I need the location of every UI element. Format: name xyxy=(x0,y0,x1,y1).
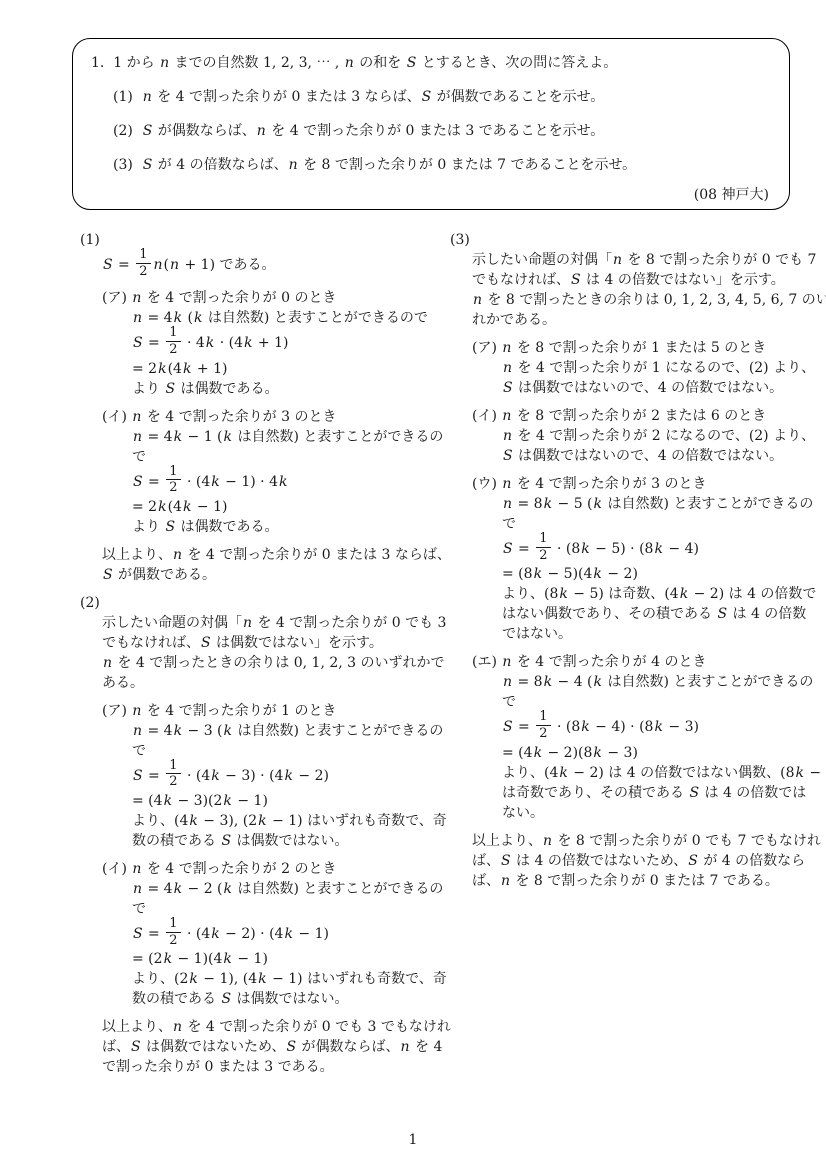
math-variable: n xyxy=(131,290,142,306)
math-expression: n = 8k − 4 xyxy=(502,674,583,690)
solution-line: より、(4k − 3), (2k − 1) はいずれも奇数で、奇 xyxy=(80,811,428,831)
solution-line: は奇数であり、その積である S は 4 の倍数では xyxy=(450,783,798,803)
math-expression: n xyxy=(256,123,267,139)
math-expression: S xyxy=(164,381,176,397)
solution-line: S = 12 · (4k − 3) · (4k − 2) xyxy=(80,761,428,791)
math-expression: = (4k − 3)(2k − 1) xyxy=(132,793,268,809)
math-expression: S xyxy=(716,606,728,622)
math-expression: n xyxy=(501,408,512,424)
solution-line: (ア) n を 4 で割った余りが 0 のとき xyxy=(80,288,428,308)
math-variable: n xyxy=(501,408,512,424)
solution-line: (エ) n を 4 で割った余りが 4 のとき xyxy=(450,652,798,672)
solution-line: (2) xyxy=(80,593,428,613)
math-variable: k xyxy=(182,499,192,515)
math-variable: S xyxy=(102,567,114,583)
math-variable: n xyxy=(169,257,180,273)
math-expression: S = 12 · (4k − 3) · (4k − 2) xyxy=(132,768,329,784)
math-variable: n xyxy=(132,723,143,739)
math-variable: n xyxy=(288,157,299,173)
solution-line: より、(4k − 2) は 4 の倍数ではない偶数、(8k − 3) xyxy=(450,763,798,783)
solution-line: S = 12 · (4k − 2) · (4k − 1) xyxy=(80,919,428,949)
solution-line: ば、S は偶数ではないため、S が偶数ならば、n を 4 xyxy=(80,1037,428,1057)
math-expression: n = 8k − 5 xyxy=(502,496,583,512)
math-expression: = (4k − 2)(8k − 3) xyxy=(502,745,638,761)
solution-line: 以上より、n を 4 で割った余りが 0 または 3 ならば、 xyxy=(80,545,428,565)
solution-line: 示したい命題の対偶「n を 4 で割った余りが 0 でも 3 xyxy=(80,613,428,633)
math-variable: k xyxy=(157,499,167,515)
problem-statement: 1. 1 から n までの自然数 1, 2, 3, ⋯ , n の和を S とす… xyxy=(91,53,771,175)
math-expression: S = 12 · 4k · (4k + 1) xyxy=(132,335,288,351)
math-expression: S xyxy=(285,1039,297,1055)
solution-line: でもなければ、S は偶数ではない」を示す。 xyxy=(80,633,428,653)
math-expression: n = 4k − 1 xyxy=(132,429,213,445)
fraction: 12 xyxy=(166,465,180,495)
solution-line: で xyxy=(80,899,428,919)
solution-line: (イ) n を 8 で割った余りが 2 または 6 のとき xyxy=(450,406,798,426)
math-variable: n xyxy=(132,310,143,326)
solution-line: れかである。 xyxy=(450,310,798,330)
solution-line: 数の積である S は偶数ではない。 xyxy=(80,831,428,851)
math-expression: S xyxy=(570,272,582,288)
math-expression: (8k − 3) xyxy=(780,765,826,781)
solution-line: n = 4k − 1 (k は自然数) と表すことができるの xyxy=(80,427,428,447)
problem-line: (1) n を 4 で割った余りが 0 または 3 ならば、S が偶数であること… xyxy=(91,87,771,107)
math-variable: k xyxy=(182,361,192,377)
math-variable: S xyxy=(688,785,700,801)
math-variable: k xyxy=(593,496,603,512)
math-variable: n xyxy=(172,547,183,563)
math-variable: n xyxy=(501,476,512,492)
solution-line: ば、n を 8 で割った余りが 0 または 7 である。 xyxy=(450,871,798,891)
math-expression: n = 4k − 3 xyxy=(132,723,213,739)
solution-line: で xyxy=(80,741,428,761)
math-expression: n xyxy=(502,428,513,444)
math-variable: k xyxy=(653,719,663,735)
math-variable: S xyxy=(502,448,514,464)
math-expression: n = 4k − 2 xyxy=(132,881,213,897)
solution-line: n を 4 で割ったときの余りは 0, 1, 2, 3 のいずれかで xyxy=(80,653,428,673)
math-expression: k xyxy=(193,310,203,326)
math-variable: k xyxy=(210,926,220,942)
math-variable: S xyxy=(220,833,232,849)
math-expression: n xyxy=(502,360,513,376)
math-expression: n xyxy=(159,55,170,71)
math-variable: k xyxy=(193,310,203,326)
math-variable: S xyxy=(687,853,699,869)
math-variable: k xyxy=(173,310,183,326)
math-variable: k xyxy=(283,926,293,942)
math-expression: n xyxy=(142,89,153,105)
solution-line: n = 4k (k は自然数) と表すことができるので xyxy=(80,308,428,328)
solution-line: (ア) n を 4 で割った余りが 1 のとき xyxy=(80,701,428,721)
solution-line: n を 8 で割ったときの余りは 0, 1, 2, 3, 4, 5, 6, 7 … xyxy=(450,290,798,310)
math-expression: (4k − 2) xyxy=(544,765,604,781)
solution-line: (ア) n を 8 で割った余りが 1 または 5 のとき xyxy=(450,338,798,358)
math-variable: k xyxy=(592,745,602,761)
math-expression: n xyxy=(612,252,623,268)
math-variable: k xyxy=(163,951,173,967)
math-variable: n xyxy=(501,654,512,670)
math-variable: k xyxy=(558,586,568,602)
math-variable: n xyxy=(159,55,170,71)
solution-column-right: (3)示したい命題の対偶「n を 8 で割った余りが 0 でも 7でもなければ、… xyxy=(450,230,798,891)
math-variable: k xyxy=(173,881,183,897)
solution-line: = (2k − 1)(4k − 1) xyxy=(80,949,428,969)
math-expression: S xyxy=(130,1039,142,1055)
math-expression: 0, 1, 2, 3 xyxy=(294,655,356,671)
math-variable: n xyxy=(132,881,143,897)
math-expression: n xyxy=(131,703,142,719)
math-variable: k xyxy=(257,813,267,829)
solution-line: (ウ) n を 4 で割った余りが 3 のとき xyxy=(450,474,798,494)
solution-line: = 2k(4k − 1) xyxy=(80,497,428,517)
math-expression: n = 4k xyxy=(132,310,183,326)
math-variable: S xyxy=(132,474,144,490)
math-expression: 0, 1, 2, 3, 4, 5, 6, 7 xyxy=(664,292,798,308)
solution-line: n = 4k − 3 (k は自然数) と表すことができるの xyxy=(80,721,428,741)
math-variable: k xyxy=(210,474,220,490)
math-variable: k xyxy=(283,768,293,784)
solution-line: (イ) n を 4 で割った余りが 2 のとき xyxy=(80,859,428,879)
math-expression: k xyxy=(593,496,603,512)
solution-line: でもなければ、S は 4 の倍数ではない」を示す。 xyxy=(450,270,798,290)
math-variable: k xyxy=(188,813,198,829)
fraction: 12 xyxy=(136,248,150,278)
solution-line: (1) xyxy=(80,230,428,250)
solution-line: 数の積である S は偶数ではない。 xyxy=(80,989,428,1009)
math-variable: k xyxy=(173,429,183,445)
solution-column-left: (1)S = 12n(n + 1) である。(ア) n を 4 で割った余りが … xyxy=(80,230,428,1077)
solution-line: n = 4k − 2 (k は自然数) と表すことができるの xyxy=(80,879,428,899)
math-expression: S = 12 · (8k − 4) · (8k − 3) xyxy=(502,719,699,735)
math-expression: = 2k(4k − 1) xyxy=(132,499,227,515)
solution-line: S は偶数ではないので、4 の倍数ではない。 xyxy=(450,378,798,398)
math-expression: S = 12 · (4k − 2) · (4k − 1) xyxy=(132,926,329,942)
math-variable: S xyxy=(164,381,176,397)
solution-line: 以上より、n を 8 で割った余りが 0 でも 7 でもなけれ xyxy=(450,831,798,851)
math-variable: k xyxy=(593,674,603,690)
math-variable: n xyxy=(256,123,267,139)
math-expression: n xyxy=(501,476,512,492)
math-expression: n xyxy=(472,292,483,308)
math-expression: (2k − 1), (4k − 1) xyxy=(174,971,303,987)
problem-line: (2) S が偶数ならば、n を 4 で割った余りが 0 または 3 であること… xyxy=(91,121,771,141)
math-variable: n xyxy=(612,252,623,268)
math-variable: k xyxy=(543,674,553,690)
math-expression: n xyxy=(172,1019,183,1035)
math-variable: S xyxy=(502,541,514,557)
math-variable: n xyxy=(501,340,512,356)
solution-line: S = 12 · (8k − 5) · (8k − 4) xyxy=(450,534,798,564)
math-expression: n xyxy=(500,873,511,889)
solution-line: より S は偶数である。 xyxy=(80,379,428,399)
solution-line: S = 12 · (4k − 1) · 4k xyxy=(80,467,428,497)
math-variable: k xyxy=(580,719,590,735)
solution-line: S = 12 · 4k · (4k + 1) xyxy=(80,328,428,358)
math-variable: n xyxy=(102,655,113,671)
math-variable: S xyxy=(285,1039,297,1055)
solution-line: S は偶数ではないので、4 の倍数ではない。 xyxy=(450,446,798,466)
solution-line: = (8k − 5)(4k − 2) xyxy=(450,564,798,584)
math-expression: S = 12n(n + 1) xyxy=(102,257,215,273)
math-variable: S xyxy=(500,853,512,869)
problem-box: 1. 1 から n までの自然数 1, 2, 3, ⋯ , n の和を S とす… xyxy=(72,38,790,210)
solution-line: で割った余りが 0 または 3 である。 xyxy=(80,1057,428,1077)
math-expression: k xyxy=(223,881,233,897)
math-variable: k xyxy=(679,586,689,602)
math-variable: k xyxy=(163,793,173,809)
math-variable: S xyxy=(570,272,582,288)
math-variable: k xyxy=(558,765,568,781)
math-variable: k xyxy=(580,541,590,557)
math-expression: (8k − 5) xyxy=(544,586,604,602)
math-variable: n xyxy=(153,257,164,273)
solution-line: n を 4 で割った余りが 1 になるので、(2) より、 xyxy=(450,358,798,378)
math-variable: n xyxy=(131,861,142,877)
solution-line: ではない。 xyxy=(450,624,798,644)
math-expression: n xyxy=(288,157,299,173)
source-label: (08 神戸大) xyxy=(91,185,771,205)
solution-line: で xyxy=(450,692,798,712)
math-expression: S xyxy=(687,853,699,869)
solution-line: = (4k − 2)(8k − 3) xyxy=(450,743,798,763)
math-expression: S xyxy=(200,635,212,651)
math-expression: S xyxy=(142,157,154,173)
math-variable: S xyxy=(502,719,514,735)
math-expression: S xyxy=(502,380,514,396)
math-variable: k xyxy=(243,335,253,351)
math-variable: n xyxy=(242,615,253,631)
math-expression: S xyxy=(406,55,418,71)
math-variable: k xyxy=(592,566,602,582)
math-expression: S = 12 · (4k − 1) · 4k xyxy=(132,474,288,490)
math-expression: = (2k − 1)(4k − 1) xyxy=(132,951,268,967)
math-expression: = (8k − 5)(4k − 2) xyxy=(502,566,638,582)
math-variable: n xyxy=(131,703,142,719)
math-variable: S xyxy=(132,926,144,942)
math-expression: S xyxy=(502,448,514,464)
solution-line: 示したい命題の対偶「n を 8 で割った余りが 0 でも 7 xyxy=(450,250,798,270)
solution-line: より S は偶数である。 xyxy=(80,517,428,537)
math-variable: n xyxy=(502,496,513,512)
math-variable: k xyxy=(543,496,553,512)
fraction: 12 xyxy=(166,917,180,947)
solution-line: S = 12n(n + 1) である。 xyxy=(80,250,428,280)
math-variable: k xyxy=(222,793,232,809)
math-expression: 1, 2, 3, ⋯ , n xyxy=(263,55,355,71)
math-variable: n xyxy=(500,873,511,889)
math-expression: n xyxy=(542,833,553,849)
math-variable: S xyxy=(421,89,433,105)
math-variable: n xyxy=(142,89,153,105)
solution-line: n を 4 で割った余りが 2 になるので、(2) より、 xyxy=(450,426,798,446)
page-number: 1 xyxy=(0,1130,826,1150)
math-variable: k xyxy=(278,474,288,490)
solution-line: で xyxy=(80,447,428,467)
math-variable: S xyxy=(142,123,154,139)
math-variable: n xyxy=(472,292,483,308)
solution-line: 以上より、n を 4 で割った余りが 0 でも 3 でもなけれ xyxy=(80,1017,428,1037)
math-expression: n xyxy=(131,290,142,306)
fraction: 12 xyxy=(166,759,180,789)
math-expression: S xyxy=(220,991,232,1007)
math-variable: n xyxy=(502,674,513,690)
solution-line: ば、S は 4 の倍数ではないため、S が 4 の倍数なら xyxy=(450,851,798,871)
math-variable: k xyxy=(222,951,232,967)
math-variable: k xyxy=(257,971,267,987)
fraction: 12 xyxy=(536,532,550,562)
math-variable: n xyxy=(502,360,513,376)
solution-line: = (4k − 3)(2k − 1) xyxy=(80,791,428,811)
math-expression: S xyxy=(164,519,176,535)
math-variable: S xyxy=(164,519,176,535)
math-variable: k xyxy=(223,881,233,897)
math-variable: S xyxy=(142,157,154,173)
math-variable: S xyxy=(130,1039,142,1055)
math-variable: S xyxy=(220,991,232,1007)
math-variable: n xyxy=(132,429,143,445)
math-variable: n xyxy=(502,428,513,444)
math-variable: S xyxy=(502,380,514,396)
math-expression: S xyxy=(500,853,512,869)
math-variable: n xyxy=(344,55,355,71)
math-variable: S xyxy=(132,768,144,784)
math-expression: k xyxy=(223,723,233,739)
problem-line: (3) S が 4 の倍数ならば、n を 8 で割った余りが 0 または 7 で… xyxy=(91,155,771,175)
math-variable: k xyxy=(223,723,233,739)
math-variable: k xyxy=(795,765,805,781)
math-variable: n xyxy=(400,1039,411,1055)
math-expression: n xyxy=(501,340,512,356)
math-expression: k xyxy=(223,429,233,445)
solution-area: (1)S = 12n(n + 1) である。(ア) n を 4 で割った余りが … xyxy=(80,230,798,1077)
math-expression: n xyxy=(501,654,512,670)
solution-line: n = 8k − 4 (k は自然数) と表すことができるの xyxy=(450,672,798,692)
math-expression: S xyxy=(102,567,114,583)
math-expression: n xyxy=(131,861,142,877)
math-variable: k xyxy=(533,566,543,582)
math-variable: S xyxy=(716,606,728,622)
solution-line: で xyxy=(450,514,798,534)
solution-line: より、(8k − 5) は奇数、(4k − 2) は 4 の倍数で xyxy=(450,584,798,604)
document-page: 1. 1 から n までの自然数 1, 2, 3, ⋯ , n の和を S とす… xyxy=(0,0,826,1169)
math-variable: n xyxy=(131,409,142,425)
math-expression: n xyxy=(131,409,142,425)
solution-line: ある。 xyxy=(80,673,428,693)
math-expression: n xyxy=(242,615,253,631)
solution-line: n = 8k − 5 (k は自然数) と表すことができるの xyxy=(450,494,798,514)
math-variable: n xyxy=(542,833,553,849)
math-expression: (4k − 2) xyxy=(664,586,724,602)
fraction: 12 xyxy=(536,710,550,740)
math-variable: k xyxy=(205,335,215,351)
math-expression: S xyxy=(142,123,154,139)
solution-line: ない。 xyxy=(450,803,798,823)
math-variable: k xyxy=(533,745,543,761)
solution-line: (イ) n を 4 で割った余りが 3 のとき xyxy=(80,407,428,427)
solution-line: S が偶数である。 xyxy=(80,565,428,585)
math-expression: n xyxy=(172,547,183,563)
math-variable: k xyxy=(157,361,167,377)
math-variable: k xyxy=(188,971,198,987)
solution-line: はない偶数であり、その積である S は 4 の倍数 xyxy=(450,604,798,624)
math-expression: (4k − 3), (2k − 1) xyxy=(174,813,303,829)
math-variable: S xyxy=(200,635,212,651)
math-expression: n xyxy=(400,1039,411,1055)
fraction: 12 xyxy=(166,326,180,356)
problem-line: 1. 1 から n までの自然数 1, 2, 3, ⋯ , n の和を S とす… xyxy=(91,53,771,73)
solution-line: (3) xyxy=(450,230,798,250)
solution-line: = 2k(4k + 1) xyxy=(80,359,428,379)
solution-line: より、(2k − 1), (4k − 1) はいずれも奇数で、奇 xyxy=(80,969,428,989)
math-variable: k xyxy=(223,429,233,445)
math-variable: k xyxy=(210,768,220,784)
math-expression: = 2k(4k + 1) xyxy=(132,361,227,377)
math-variable: S xyxy=(132,335,144,351)
math-variable: k xyxy=(653,541,663,557)
math-variable: k xyxy=(173,723,183,739)
math-variable: S xyxy=(102,257,114,273)
math-variable: S xyxy=(406,55,418,71)
math-expression: S xyxy=(220,833,232,849)
math-expression: n xyxy=(102,655,113,671)
math-expression: S xyxy=(421,89,433,105)
math-expression: k xyxy=(593,674,603,690)
math-variable: n xyxy=(172,1019,183,1035)
math-expression: S xyxy=(688,785,700,801)
math-expression: S = 12 · (8k − 5) · (8k − 4) xyxy=(502,541,699,557)
solution-line: S = 12 · (8k − 4) · (8k − 3) xyxy=(450,712,798,742)
